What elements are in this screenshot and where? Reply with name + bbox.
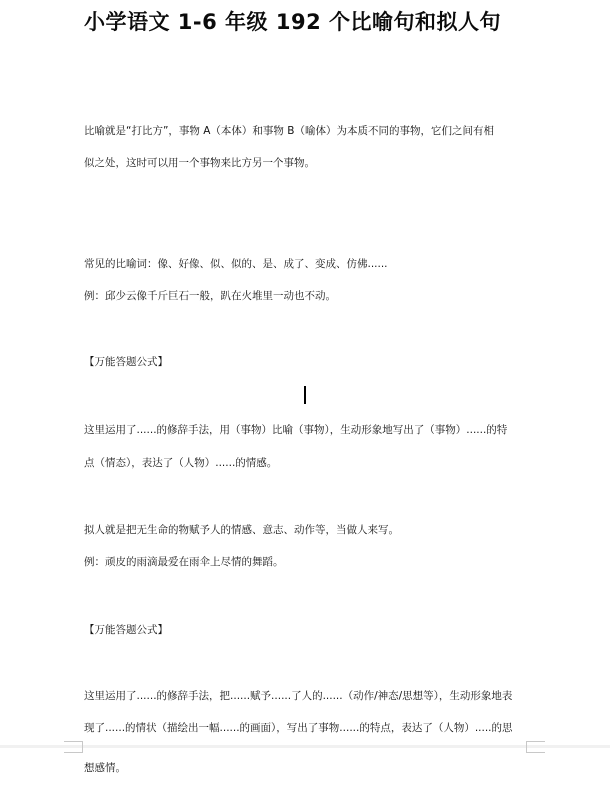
paragraph-metaphor-formula-line-1: 这里运用了......的修辞手法，用（事物）比喻（事物），生动形象地写出了（事物… bbox=[84, 415, 529, 445]
paragraph-common-metaphor-words: 常见的比喻词：像、好像、似、似的、是、成了、变成、仿佛...... bbox=[84, 249, 529, 279]
paragraph-personification-definition: 拟人就是把无生命的物赋予人的情感、意志、动作等，当做人来写。 bbox=[84, 515, 529, 545]
page-break-separator bbox=[0, 745, 610, 748]
heading-answer-formula-2: 【万能答题公式】 bbox=[84, 615, 529, 645]
paragraph-personification-formula-line-2: 现了......的情状（描绘出一幅......的画面），写出了事物......的… bbox=[84, 713, 529, 743]
text-cursor bbox=[304, 386, 306, 404]
right-margin-corner-mark bbox=[526, 741, 545, 753]
left-margin-corner-mark bbox=[64, 741, 83, 753]
paragraph-metaphor-definition-line-2: 似之处，这时可以用一个事物来比方另一个事物。 bbox=[84, 148, 529, 178]
document-page[interactable]: 小学语文 1-6 年级 192 个比喻句和拟人句 比喻就是“打比方”，事物 A（… bbox=[0, 0, 610, 802]
paragraph-metaphor-example: 例：邱少云像千斤巨石一般，趴在火堆里一动也不动。 bbox=[84, 281, 529, 311]
paragraph-metaphor-definition-line-1: 比喻就是“打比方”，事物 A（本体）和事物 B（喻体）为本质不同的事物，它们之间… bbox=[84, 116, 529, 146]
paragraph-metaphor-formula-line-2: 点（情态），表达了（人物）......的情感。 bbox=[84, 448, 529, 478]
paragraph-personification-formula-line-1: 这里运用了......的修辞手法，把......赋予......了人的.....… bbox=[84, 681, 529, 711]
document-title: 小学语文 1-6 年级 192 个比喻句和拟人句 bbox=[84, 6, 501, 36]
paragraph-personification-example: 例：顽皮的雨滴最爱在雨伞上尽情的舞蹈。 bbox=[84, 547, 529, 577]
paragraph-personification-formula-line-3: 想感情。 bbox=[84, 753, 529, 783]
heading-answer-formula-1: 【万能答题公式】 bbox=[84, 347, 529, 377]
